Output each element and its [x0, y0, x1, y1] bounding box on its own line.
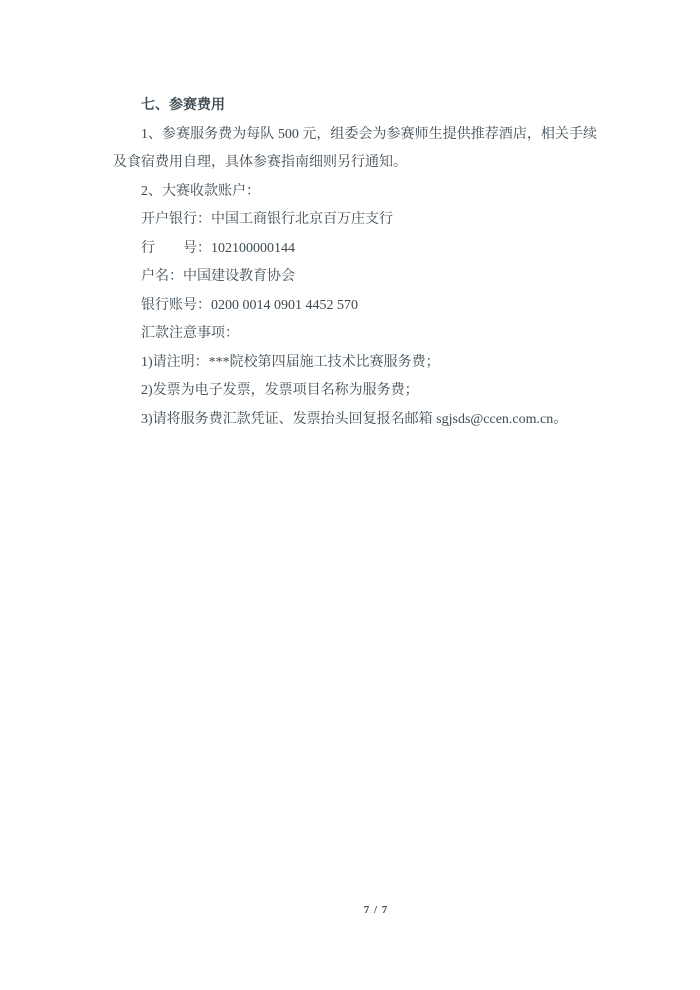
remittance-note-1: 1)请注明：***院校第四届施工技术比赛服务费；: [113, 349, 597, 378]
account-number-line: 银行账号：0200 0014 0901 4452 570: [113, 292, 597, 321]
remittance-notes-title: 汇款注意事项：: [113, 320, 597, 349]
account-holder-line: 户名：中国建设教育协会: [113, 263, 597, 292]
section-heading: 七、参赛费用: [113, 92, 597, 121]
account-section-title: 2、大赛收款账户：: [113, 178, 597, 207]
document-page: 七、参赛费用 1、参赛服务费为每队 500 元，组委会为参赛师生提供推荐酒店，相…: [0, 0, 700, 990]
bank-name-line: 开户银行：中国工商银行北京百万庄支行: [113, 206, 597, 235]
remittance-note-2: 2)发票为电子发票，发票项目名称为服务费；: [113, 377, 597, 406]
bank-branch-number-line: 行 号：102100000144: [113, 235, 597, 264]
page-number: 7 / 7: [0, 904, 700, 916]
fee-paragraph: 1、参赛服务费为每队 500 元，组委会为参赛师生提供推荐酒店，相关手续及食宿费…: [113, 121, 597, 178]
remittance-note-3: 3)请将服务费汇款凭证、发票抬头回复报名邮箱 sgjsds@ccen.com.c…: [113, 406, 597, 435]
document-body: 七、参赛费用 1、参赛服务费为每队 500 元，组委会为参赛师生提供推荐酒店，相…: [113, 92, 597, 434]
